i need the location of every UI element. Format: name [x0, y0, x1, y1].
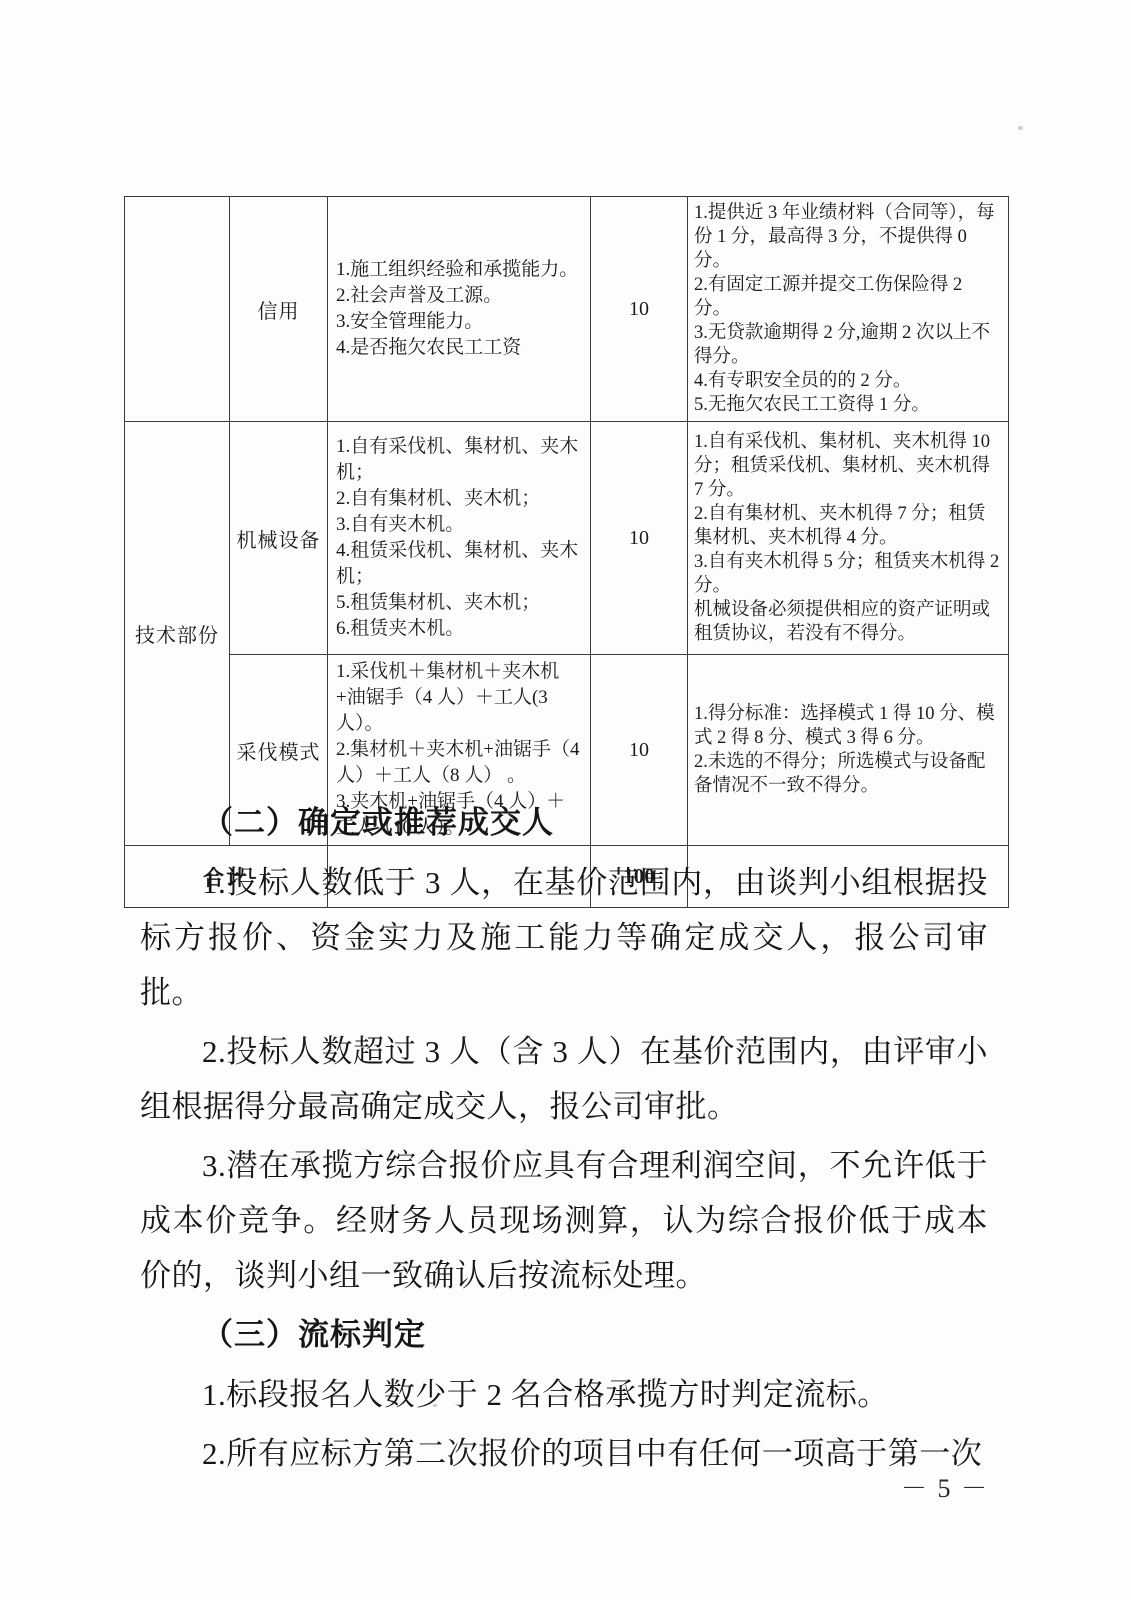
score-cell-machines: 10	[591, 422, 688, 655]
section-heading-2: （二）确定或推荐成交人	[140, 795, 988, 850]
rules-cell-machines: 1.自有采伐机、集材机、夹木机得 10 分；租赁采伐机、集材机、夹木机得 7 分…	[688, 422, 1009, 655]
paragraph: 1.标段报名人数少于 2 名合格承揽方时判定流标。	[140, 1367, 988, 1422]
category-cell-empty	[125, 197, 230, 422]
document-body: （二）确定或推荐成交人 1.投标人数低于 3 人，在基价范围内，由谈判小组根据投…	[140, 795, 988, 1485]
paragraph: 1.投标人数低于 3 人，在基价范围内，由谈判小组根据投标方报价、资金实力及施工…	[140, 855, 988, 1020]
scan-artifact	[1018, 126, 1023, 130]
subcategory-cell-machines: 机械设备	[230, 422, 328, 655]
criteria-cell-credit: 1.施工组织经验和承揽能力。 2.社会声誉及工源。 3.安全管理能力。 4.是否…	[328, 197, 591, 422]
document-page: 信用 1.施工组织经验和承揽能力。 2.社会声誉及工源。 3.安全管理能力。 4…	[0, 0, 1131, 1600]
paragraph: 2.投标人数超过 3 人（含 3 人）在基价范围内，由评审小组根据得分最高确定成…	[140, 1024, 988, 1134]
rules-cell-credit: 1.提供近 3 年业绩材料（合同等），每份 1 分，最高得 3 分，不提供得 0…	[688, 197, 1009, 422]
page-number: － 5 －	[880, 1468, 1010, 1505]
category-cell-technical: 技术部份	[125, 422, 230, 846]
paragraph: 3.潜在承揽方综合报价应具有合理利润空间，不允许低于成本价竞争。经财务人员现场测…	[140, 1138, 988, 1303]
criteria-cell-machines: 1.自有采伐机、集材机、夹木机； 2.自有集材机、夹木机； 3.自有夹木机。 4…	[328, 422, 591, 655]
section-heading-3: （三）流标判定	[140, 1307, 988, 1362]
paragraph: 2.所有应标方第二次报价的项目中有任何一项高于第一次	[140, 1426, 988, 1481]
table-row-credit: 信用 1.施工组织经验和承揽能力。 2.社会声誉及工源。 3.安全管理能力。 4…	[125, 197, 1009, 422]
subcategory-cell-credit: 信用	[230, 197, 328, 422]
table-row-machines: 技术部份 机械设备 1.自有采伐机、集材机、夹木机； 2.自有集材机、夹木机； …	[125, 422, 1009, 655]
score-cell-credit: 10	[591, 197, 688, 422]
